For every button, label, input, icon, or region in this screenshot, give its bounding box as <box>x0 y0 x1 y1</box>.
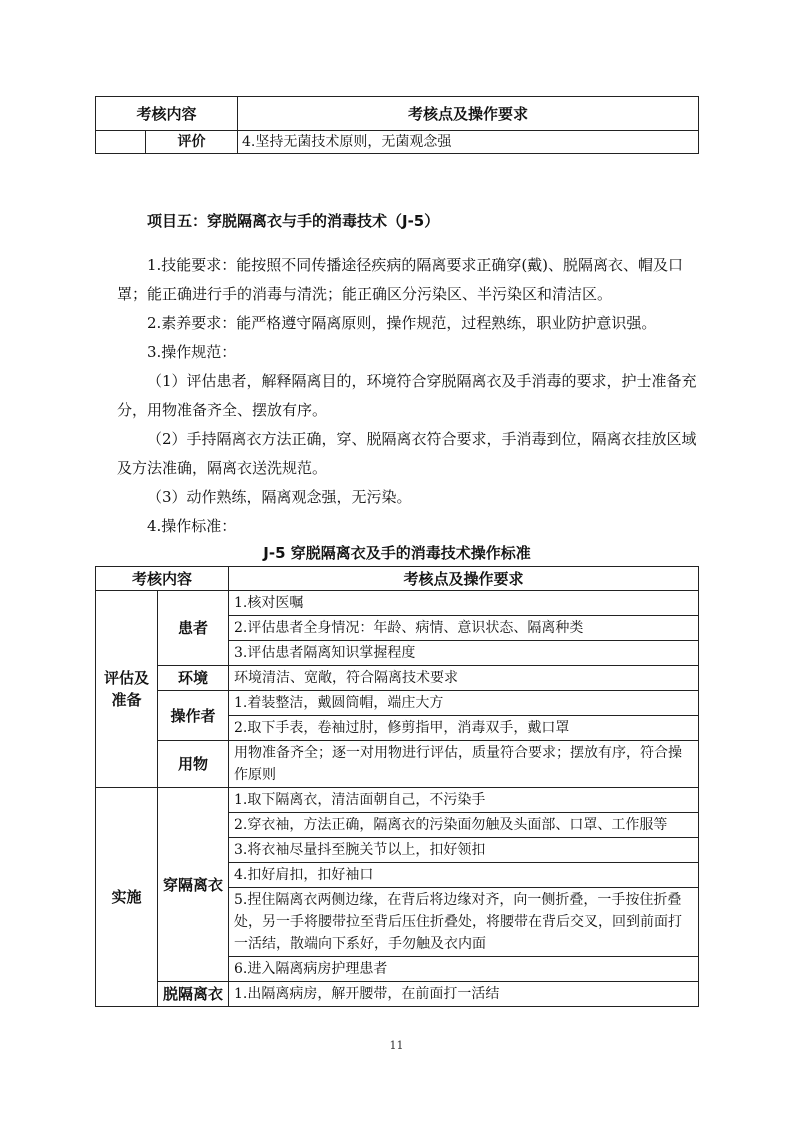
paragraph-quality-requirements: 2.素养要求：能严格遵守隔离原则，操作规范，过程熟练，职业防护意识强。 <box>117 309 701 338</box>
item-cell: 3.评估患者隔离知识掌握程度 <box>229 641 699 666</box>
paragraph-operation-norms: 3.操作规范： <box>117 338 701 367</box>
table-header-row: 考核内容 考核点及操作要求 <box>96 97 699 131</box>
paragraph-text: 4.操作标准： <box>147 517 236 535</box>
paragraph-skill-requirements: 1.技能要求：能按照不同传播途径疾病的隔离要求正确穿(戴)、脱隔离衣、帽及口罩；… <box>117 251 701 309</box>
item-cell: 1.取下隔离衣，清洁面朝自己，不污染手 <box>229 788 699 813</box>
subcategory-supplies: 用物 <box>158 741 229 788</box>
paragraph-norm-1: （1）评估患者，解释隔离目的，环境符合穿脱隔离衣及手消毒的要求，护士准备充分，用… <box>117 367 701 425</box>
table-row: 实施 穿隔离衣 1.取下隔离衣，清洁面朝自己，不污染手 <box>96 788 699 813</box>
table-row: 脱隔离衣 1.出隔离病房，解开腰带，在前面打一活结 <box>96 982 699 1007</box>
table-row: 操作者 1.着装整洁，戴圆筒帽，端庄大方 <box>96 691 699 716</box>
item-cell: 2.穿衣袖，方法正确，隔离衣的污染面勿触及头面部、口罩、工作服等 <box>229 813 699 838</box>
item-cell: 4.坚持无菌技术原则，无菌观念强 <box>238 131 699 154</box>
header-assessment-points: 考核点及操作要求 <box>238 97 699 131</box>
subcategory-patient: 患者 <box>158 591 229 666</box>
item-cell: 1.着装整洁，戴圆筒帽，端庄大方 <box>229 691 699 716</box>
table-row: 用物 用物准备齐全；逐一对用物进行评估，质量符合要求；摆放有序，符合操作原则 <box>96 741 699 788</box>
document-page: 考核内容 考核点及操作要求 评价 4.坚持无菌技术原则，无菌观念强 项目五：穿脱… <box>0 0 793 1122</box>
item-cell: 环境清洁、宽敞，符合隔离技术要求 <box>229 666 699 691</box>
item-cell: 4.扣好肩扣，扣好袖口 <box>229 863 699 888</box>
item-cell: 1.核对医嘱 <box>229 591 699 616</box>
category-cell <box>96 131 146 154</box>
paragraph-text: 1.技能要求：能按照不同传播途径疾病的隔离要求正确穿(戴)、脱隔离衣、帽及口罩；… <box>117 256 683 303</box>
paragraph-text: 2.素养要求：能严格遵守隔离原则，操作规范，过程熟练，职业防护意识强。 <box>147 314 656 332</box>
paragraph-text: （3）动作熟练，隔离观念强，无污染。 <box>147 488 412 506</box>
page-number: 11 <box>0 1039 793 1052</box>
previous-table-continuation: 考核内容 考核点及操作要求 评价 4.坚持无菌技术原则，无菌观念强 <box>95 96 699 154</box>
subcategory-put-on-gown: 穿隔离衣 <box>158 788 229 982</box>
subcategory-cell: 评价 <box>146 131 238 154</box>
table-caption: J-5 穿脱隔离衣及手的消毒技术操作标准 <box>95 542 699 563</box>
subcategory-environment: 环境 <box>158 666 229 691</box>
subcategory-operator: 操作者 <box>158 691 229 741</box>
subcategory-take-off-gown: 脱隔离衣 <box>158 982 229 1007</box>
paragraph-text: 3.操作规范： <box>147 343 236 361</box>
header-assessment-points: 考核点及操作要求 <box>229 567 699 591</box>
item-cell: 6.进入隔离病房护理患者 <box>229 957 699 982</box>
item-cell: 1.出隔离病房，解开腰带，在前面打一活结 <box>229 982 699 1007</box>
header-assessment-content: 考核内容 <box>96 567 229 591</box>
table-row: 评估及准备 患者 1.核对医嘱 <box>96 591 699 616</box>
item-cell: 2.评估患者全身情况：年龄、病情、意识状态、隔离种类 <box>229 616 699 641</box>
paragraph-operation-standard: 4.操作标准： <box>117 512 701 541</box>
category-implementation: 实施 <box>96 788 158 1007</box>
paragraph-text: （2）手持隔离衣方法正确，穿、脱隔离衣符合要求，手消毒到位，隔离衣挂放区域及方法… <box>117 430 697 477</box>
paragraph-text: （1）评估患者，解释隔离目的，环境符合穿脱隔离衣及手消毒的要求，护士准备充分，用… <box>117 372 697 419</box>
item-cell: 2.取下手表，卷袖过肘，修剪指甲，消毒双手，戴口罩 <box>229 716 699 741</box>
item-cell: 5.捏住隔离衣两侧边缘，在背后将边缘对齐，向一侧折叠，一手按住折叠处，另一手将腰… <box>229 888 699 957</box>
table-row: 环境 环境清洁、宽敞，符合隔离技术要求 <box>96 666 699 691</box>
paragraph-norm-3: （3）动作熟练，隔离观念强，无污染。 <box>117 483 701 512</box>
header-assessment-content: 考核内容 <box>96 97 238 131</box>
table-header-row: 考核内容 考核点及操作要求 <box>96 567 699 591</box>
item-cell: 用物准备齐全；逐一对用物进行评估，质量符合要求；摆放有序，符合操作原则 <box>229 741 699 788</box>
paragraph-norm-2: （2）手持隔离衣方法正确，穿、脱隔离衣符合要求，手消毒到位，隔离衣挂放区域及方法… <box>117 425 701 483</box>
table-row: 评价 4.坚持无菌技术原则，无菌观念强 <box>96 131 699 154</box>
operation-standard-table: 考核内容 考核点及操作要求 评估及准备 患者 1.核对医嘱 2.评估患者全身情况… <box>95 566 699 1007</box>
project-title: 项目五：穿脱隔离衣与手的消毒技术（J-5） <box>147 210 439 231</box>
category-assessment-preparation: 评估及准备 <box>96 591 158 788</box>
item-cell: 3.将衣袖尽量抖至腕关节以上，扣好领扣 <box>229 838 699 863</box>
